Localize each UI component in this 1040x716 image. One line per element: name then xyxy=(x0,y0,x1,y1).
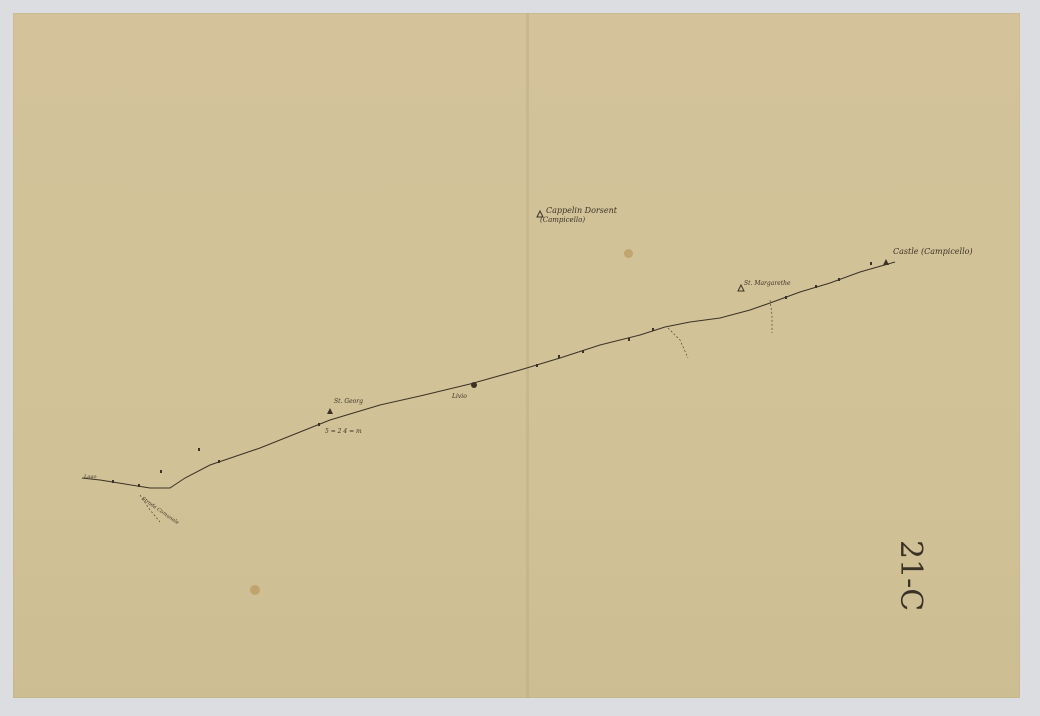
label-mid-left-note: 5 = 2 4 = m xyxy=(325,428,362,435)
route-drawing xyxy=(0,0,1040,716)
triangulation-point-icon xyxy=(883,259,889,265)
label-center-note: Livio xyxy=(452,393,467,400)
label-top-point-sub: (Campicello) xyxy=(540,216,585,224)
road-branch xyxy=(770,300,772,333)
label-top-point: Cappelin Dorsent xyxy=(546,206,617,215)
label-upper-right-station: St. Margarethe xyxy=(744,280,791,287)
label-mid-left-station: St. Georg xyxy=(334,398,363,405)
landmark-icon xyxy=(471,382,477,388)
road-branch xyxy=(668,328,688,358)
triangulation-point-icon xyxy=(327,408,333,414)
route-line xyxy=(82,262,895,488)
route-tick-marks xyxy=(112,262,872,487)
catalog-number: 21-C xyxy=(893,540,928,611)
label-left-start: Lago xyxy=(84,474,97,480)
label-right-endpoint: Castle (Campicello) xyxy=(893,247,973,256)
